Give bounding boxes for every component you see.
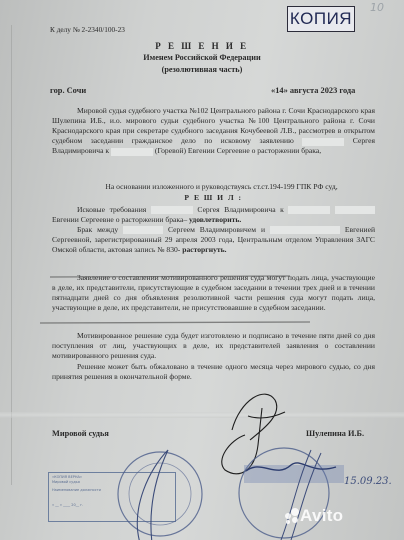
avito-watermark: Avito bbox=[300, 506, 343, 526]
document-photo: К делу № 2-2340/100-23 КОПИЯ 10 Р Е Ш Е … bbox=[0, 0, 404, 540]
handwritten-date: 15.09.23. bbox=[344, 476, 392, 487]
avito-logo-icon bbox=[283, 507, 301, 525]
court-seal-left bbox=[110, 448, 210, 540]
